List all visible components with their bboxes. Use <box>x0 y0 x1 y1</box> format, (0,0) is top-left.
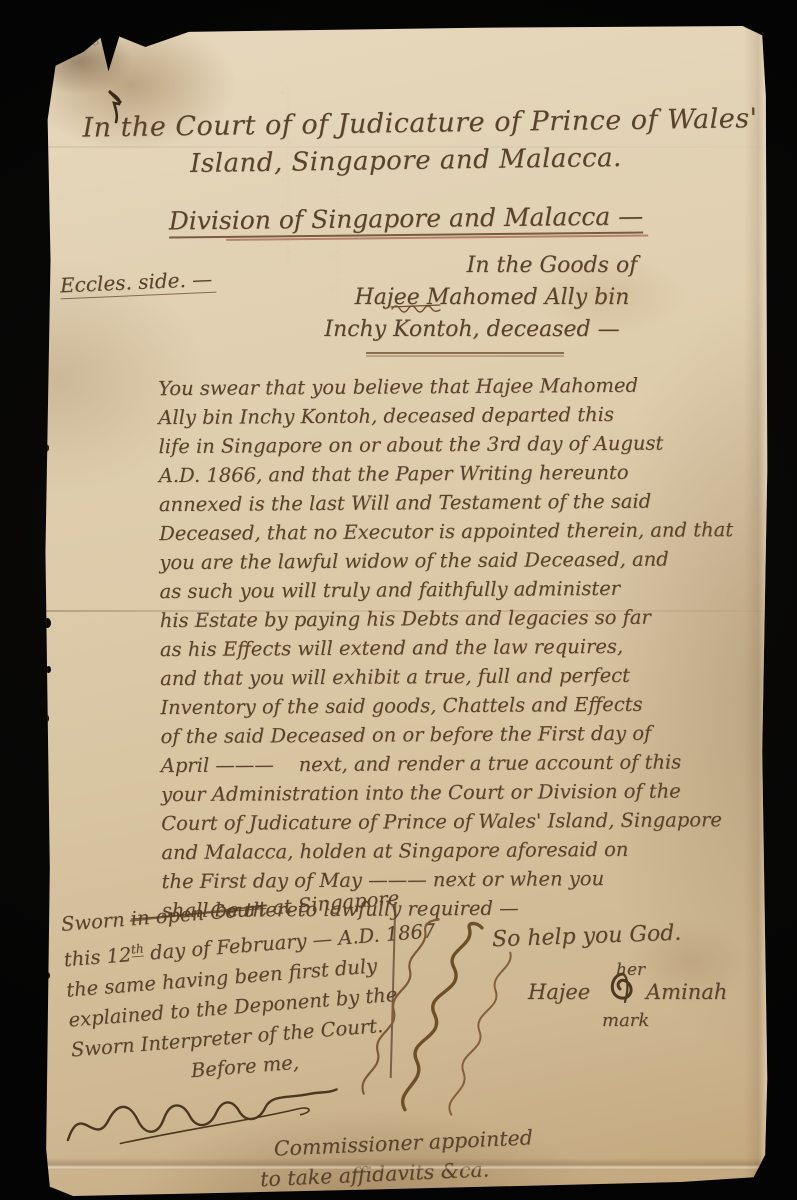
deponent-name-left: Hajee <box>528 980 590 1004</box>
bottom-fold <box>44 1158 768 1170</box>
right-edge-fold <box>744 26 768 1196</box>
horizontal-crease-faint <box>44 146 768 148</box>
oath-line: your Administration into the Court or Di… <box>161 776 767 809</box>
jurat-sworn-prefix: Sworn <box>60 908 131 936</box>
horizontal-crease <box>44 610 768 612</box>
mark-label: mark <box>602 1010 649 1031</box>
oath-paragraph: You swear that you believe that Hajee Ma… <box>158 370 768 925</box>
cause-title-block: In the Goods of Hajee Mahomed Ally bin I… <box>282 250 702 346</box>
corner-number: 1350 <box>83 30 117 50</box>
oath-line: A.D. 1866, and that the Paper Writing he… <box>159 457 765 490</box>
oath-line: his Estate by paying his Debts and legac… <box>160 602 766 635</box>
oath-line: Inventory of the said goods, Chattels an… <box>160 689 766 722</box>
oath-line: the First day of May ——— next or when yo… <box>162 863 768 896</box>
oath-line: April ——— next, and render a true accoun… <box>161 747 767 780</box>
oath-line: annexed is the last Will and Testament o… <box>159 486 765 519</box>
document-page: 1350 ··̧·˓·˒··̨··˓··̑··˒··̧··˓··̨··˒··̑·… <box>44 26 768 1196</box>
oath-line: you are the lawful widow of the said Dec… <box>159 544 765 577</box>
division-heading: Division of Singapore and Malacca — <box>169 202 644 239</box>
oath-line: as his Effects will extend and the law r… <box>160 631 766 664</box>
division-heading-wrap: Division of Singapore and Malacca — <box>44 200 768 240</box>
deponent-name-right: Aminah <box>646 980 727 1004</box>
so-help-text: So help you God. <box>492 921 682 953</box>
photo-background: 1350 ··̧·˓·˒··̨··˓··̑··˒··̧··˓··̨··˒··̑·… <box>0 0 797 1200</box>
oath-line: You swear that you believe that Hajee Ma… <box>158 370 764 403</box>
cause-title-line1: In the Goods of <box>282 250 702 282</box>
edge-nick <box>43 444 49 452</box>
oath-line: Deceased, that no Executor is appointed … <box>159 515 765 548</box>
cause-title-line3: Inchy Kontoh, deceased — <box>282 314 702 346</box>
court-title-line1: In the Court of of Judicature of Prince … <box>44 103 782 144</box>
edge-nick <box>45 972 50 979</box>
oath-line: and that you will exhibit a true, full a… <box>160 660 766 693</box>
edge-nick <box>46 666 51 673</box>
oath-line: as such you will truly and faithfully ad… <box>160 573 766 606</box>
cause-title-line2: Hajee Mahomed Ally bin <box>282 282 702 314</box>
edge-nick <box>44 618 51 628</box>
oath-line: life in Singapore on or about the 3rd da… <box>158 428 764 461</box>
jurat-date-a: this 12 <box>63 943 132 971</box>
deponent-mark-symbol <box>606 968 640 1008</box>
edge-nick <box>43 714 49 723</box>
oath-line: Court of Judicature of Prince of Wales' … <box>161 805 767 838</box>
oath-line: and Malacca, holden at Singapore aforesa… <box>161 834 767 867</box>
oath-line: Ally bin Inchy Kontoh, deceased departed… <box>158 399 764 432</box>
cause-title-underline <box>366 352 564 354</box>
interlined-scribble <box>390 300 442 314</box>
oath-line: of the said Deceased on or before the Fi… <box>161 718 767 751</box>
side-note-eccles: Eccles. side. — <box>60 267 217 300</box>
